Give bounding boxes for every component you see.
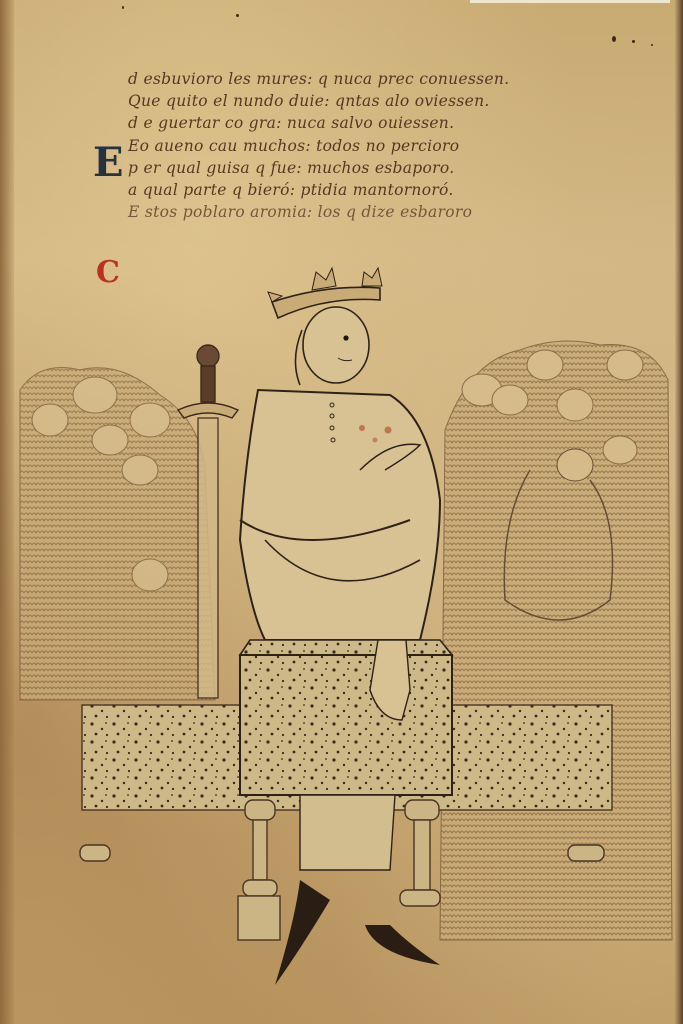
king-and-knights-illustration: [0, 0, 683, 1024]
manuscript-page: E C d esbuvioro les mures: q nuca prec c…: [0, 0, 683, 1024]
king-figure: [240, 268, 440, 640]
right-knights-group: [440, 341, 672, 940]
